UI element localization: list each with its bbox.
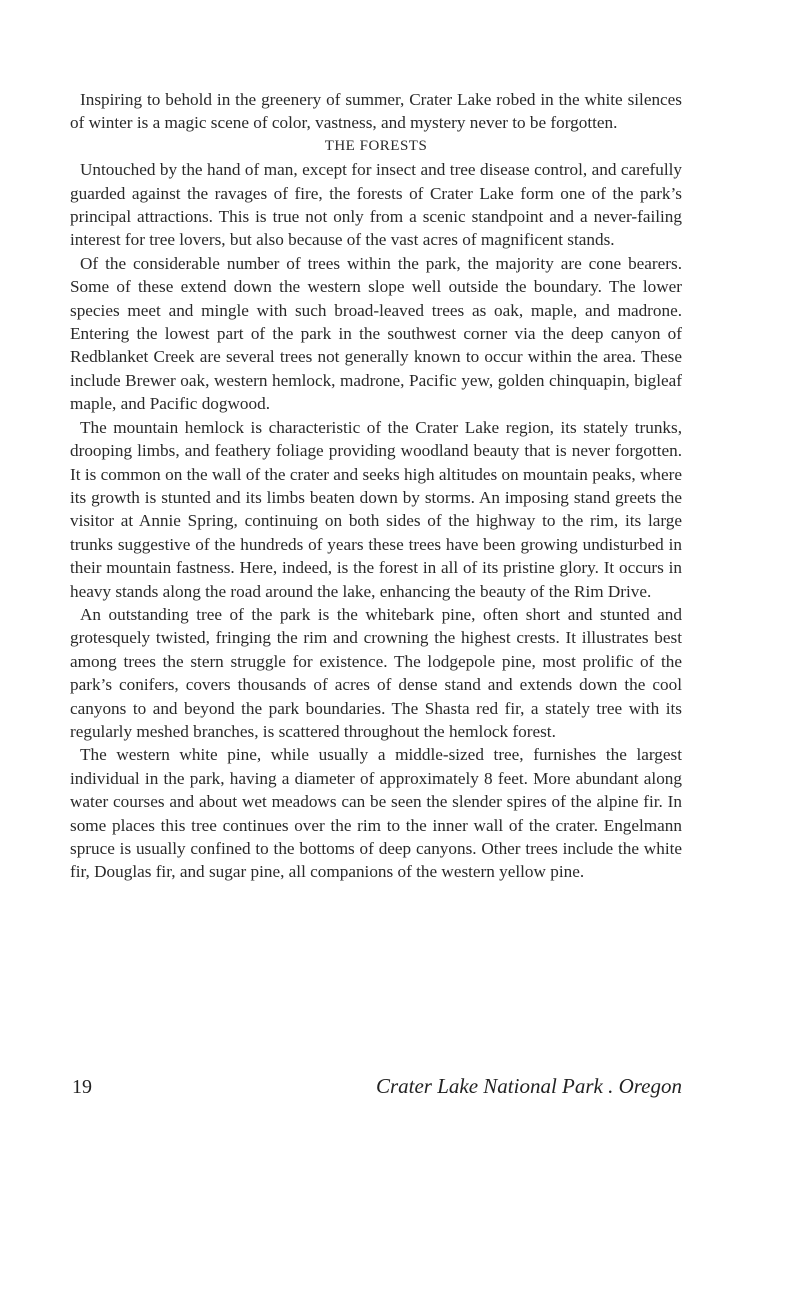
running-title: Crater Lake National Park . Oregon bbox=[376, 1074, 682, 1099]
paragraph: An outstanding tree of the park is the w… bbox=[70, 603, 682, 743]
page-footer: 19 Crater Lake National Park . Oregon bbox=[72, 1074, 682, 1099]
page-number: 19 bbox=[72, 1076, 92, 1099]
paragraph: The western white pine, while usually a … bbox=[70, 743, 682, 883]
paragraph: Untouched by the hand of man, except for… bbox=[70, 158, 682, 252]
intro-paragraph: Inspiring to behold in the greenery of s… bbox=[70, 88, 682, 135]
section-heading: THE FORESTS bbox=[70, 135, 682, 158]
paragraph: Of the considerable number of trees with… bbox=[70, 252, 682, 416]
paragraph: The mountain hemlock is characteristic o… bbox=[70, 416, 682, 603]
page-body: Inspiring to behold in the greenery of s… bbox=[70, 88, 682, 884]
